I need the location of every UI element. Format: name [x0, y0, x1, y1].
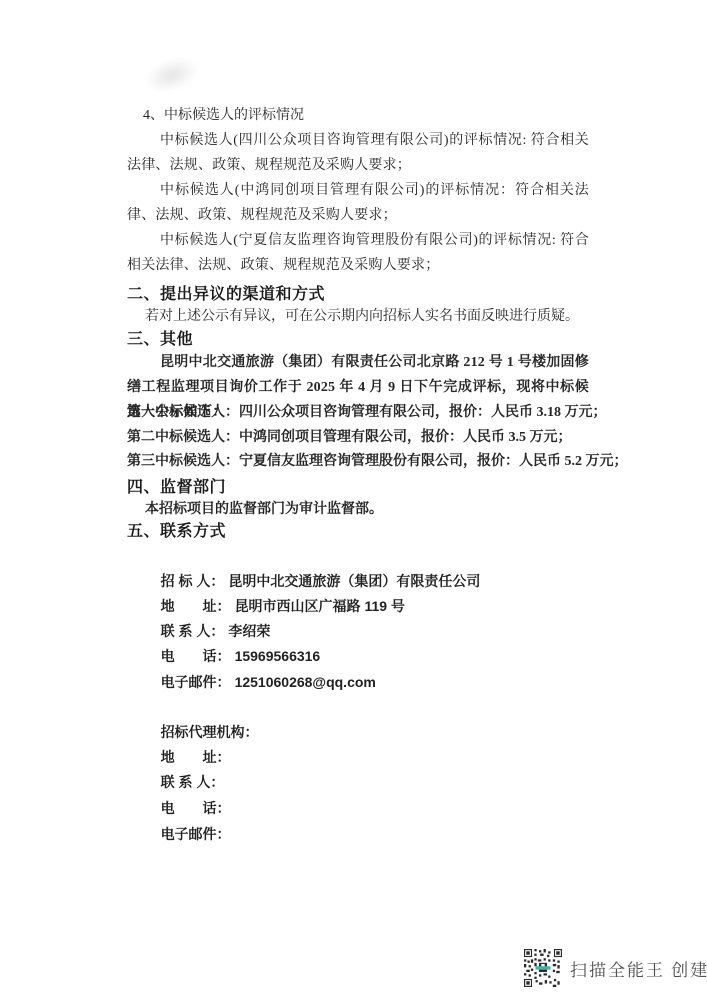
candidate-line-2: 第二中标候选人：中鸿同创项目管理有限公司，报价：人民币 3.5 万元；: [127, 425, 572, 450]
watermark-text: 扫描全能王 创建: [570, 956, 707, 981]
contact-value: 1251060268@qq.com: [235, 674, 376, 690]
camscanner-watermark: 扫描全能王 创建: [524, 949, 707, 987]
evaluation-paragraph-1: 中标候选人(四川公众项目咨询管理有限公司)的评标情况: 符合相关法律、法规、政策…: [127, 128, 589, 178]
evaluation-paragraph-3: 中标候选人(宁夏信友监理咨询管理股份有限公司)的评标情况: 符合相关法律、法规、…: [127, 228, 589, 278]
scanned-document-page: 4、中标候选人的评标情况 中标候选人(四川公众项目咨询管理有限公司)的评标情况:…: [0, 0, 707, 1000]
qr-code-icon: [524, 949, 562, 987]
evaluation-paragraph-2: 中标候选人(中鸿同创项目管理有限公司)的评标情况：符合相关法律、法规、政策、规程…: [127, 178, 589, 228]
candidate-line-1: 第一中标候选人：四川公众项目咨询管理有限公司，报价：人民币 3.18 万元；: [127, 400, 607, 425]
section3-heading: 三、其他: [127, 327, 193, 352]
section5-heading: 五、联系方式: [127, 519, 226, 544]
contact-label: 电子邮件：: [161, 674, 231, 690]
section2-body: 若对上述公示有异议，可在公示期内向招标人实名书面反映进行质疑。: [145, 304, 579, 329]
agency-row-email: 电子邮件：: [145, 797, 235, 872]
scan-smudge: [138, 50, 206, 101]
candidate-line-3: 第三中标候选人：宁夏信友监理咨询管理股份有限公司，报价：人民币 5.2 万元；: [127, 449, 628, 474]
agency-label: 电子邮件：: [161, 826, 231, 842]
item4-title: 4、中标候选人的评标情况: [143, 103, 304, 128]
